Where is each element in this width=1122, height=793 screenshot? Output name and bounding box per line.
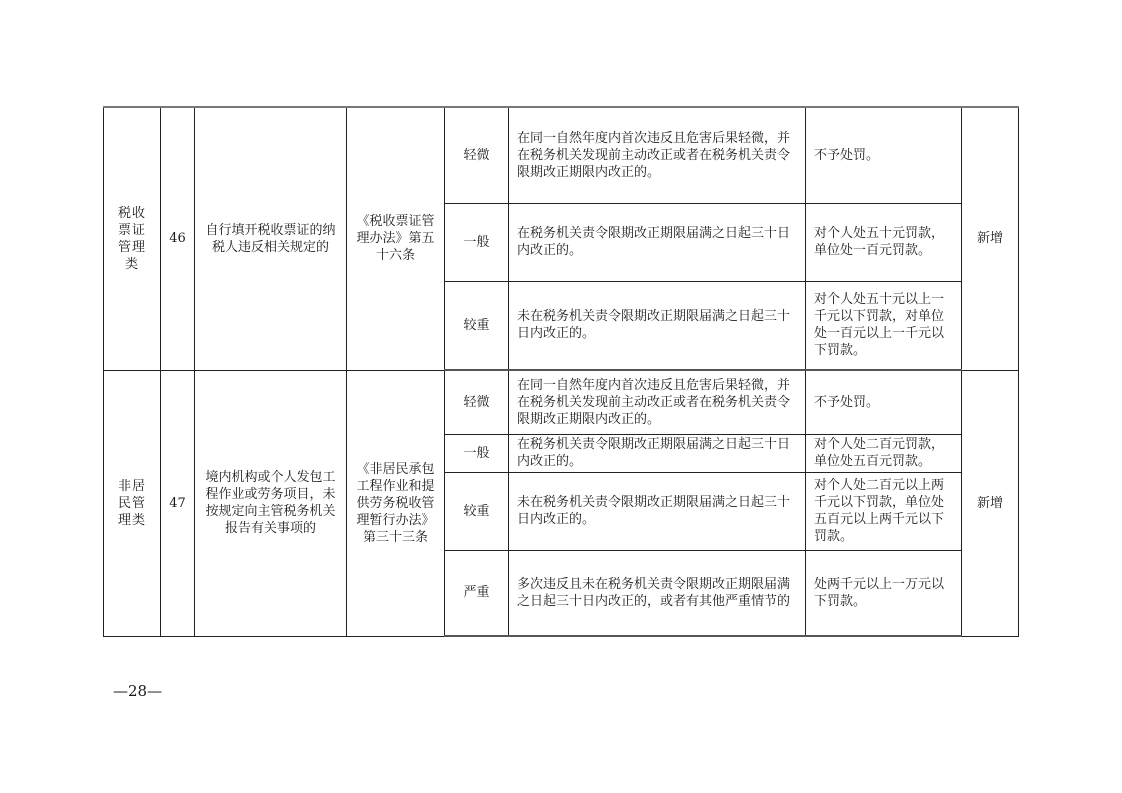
category-cell: 税收票证管理类 — [104, 107, 161, 370]
level-cell: 严重 — [445, 550, 509, 636]
circumstance-cell: 多次违反且未在税务机关责令限期改正期限届满之日起三十日内改正的，或者有其他严重情… — [509, 550, 806, 636]
item-number-cell: 47 — [161, 370, 195, 636]
level-cell: 轻微 — [445, 107, 509, 203]
penalty-cell: 对个人处五十元罚款，单位处一百元罚款。 — [806, 203, 962, 281]
table-row: 非居民管理类 47 境内机构或个人发包工程作业或劳务项目，未按规定向主管税务机关… — [104, 370, 1019, 434]
level-cell: 一般 — [445, 203, 509, 281]
level-cell: 一般 — [445, 434, 509, 472]
circumstance-cell: 在同一自然年度内首次违反且危害后果轻微，并在税务机关发现前主动改正或者在税务机关… — [509, 370, 806, 434]
penalty-cell: 对个人处二百元以上两千元以下罚款，单位处五百元以上两千元以下罚款。 — [806, 472, 962, 550]
violation-cell: 境内机构或个人发包工程作业或劳务项目，未按规定向主管税务机关报告有关事项的 — [195, 370, 347, 636]
note-cell: 新增 — [962, 107, 1019, 370]
penalty-standards-table: 税收票证管理类 46 自行填开税收票证的纳税人违反相关规定的 《税收票证管理办法… — [103, 106, 1019, 637]
page-number: —28— — [113, 682, 162, 700]
circumstance-cell: 在同一自然年度内首次违反且危害后果轻微，并在税务机关发现前主动改正或者在税务机关… — [509, 107, 806, 203]
level-cell: 轻微 — [445, 370, 509, 434]
penalty-cell: 对个人处二百元罚款，单位处五百元罚款。 — [806, 434, 962, 472]
penalty-cell: 处两千元以上一万元以下罚款。 — [806, 550, 962, 636]
level-cell: 较重 — [445, 281, 509, 370]
table-row: 税收票证管理类 46 自行填开税收票证的纳税人违反相关规定的 《税收票证管理办法… — [104, 107, 1019, 203]
category-cell: 非居民管理类 — [104, 370, 161, 636]
penalty-cell: 不予处罚。 — [806, 370, 962, 434]
legal-basis-cell: 《税收票证管理办法》第五十六条 — [347, 107, 445, 370]
level-cell: 较重 — [445, 472, 509, 550]
note-cell: 新增 — [962, 370, 1019, 636]
circumstance-cell: 在税务机关责令限期改正期限届满之日起三十日内改正的。 — [509, 434, 806, 472]
legal-basis-cell: 《非居民承包工程作业和提供劳务税收管理暂行办法》第三十三条 — [347, 370, 445, 636]
penalty-cell: 对个人处五十元以上一千元以下罚款，对单位处一百元以上一千元以下罚款。 — [806, 281, 962, 370]
circumstance-cell: 在税务机关责令限期改正期限届满之日起三十日内改正的。 — [509, 203, 806, 281]
circumstance-cell: 未在税务机关责令限期改正期限届满之日起三十日内改正的。 — [509, 472, 806, 550]
circumstance-cell: 未在税务机关责令限期改正期限届满之日起三十日内改正的。 — [509, 281, 806, 370]
violation-cell: 自行填开税收票证的纳税人违反相关规定的 — [195, 107, 347, 370]
penalty-cell: 不予处罚。 — [806, 107, 962, 203]
item-number-cell: 46 — [161, 107, 195, 370]
